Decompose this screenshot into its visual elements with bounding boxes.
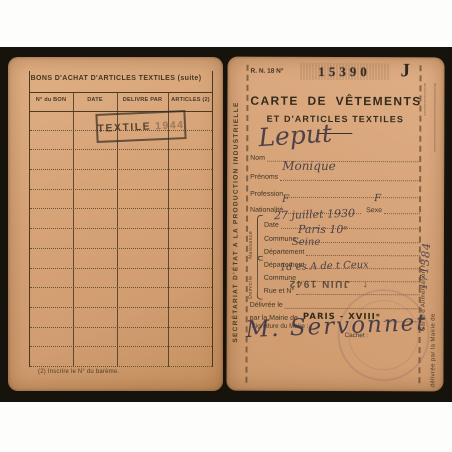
field-profession: Profession [250, 187, 420, 199]
group-label-naissance: Naissance [248, 217, 254, 259]
serial-number: 15390 [318, 63, 371, 79]
naissance-bracket [257, 215, 263, 261]
table-row [30, 150, 212, 170]
table-header-top-line [29, 92, 213, 93]
handwriting-departement: Seine [292, 237, 320, 248]
table-row [30, 170, 212, 190]
photo-backdrop: BONS D'ACHAT D'ARTICLES TEXTILES (suite)… [0, 47, 452, 402]
domicile-bracket [257, 256, 263, 300]
handwriting-date: 27 juillet 1930 [274, 207, 355, 223]
table-row [30, 308, 212, 328]
table-row [30, 209, 212, 229]
field-naissance-departement: Département [264, 245, 420, 257]
table-row [30, 190, 212, 210]
juin-1942-date-stamp: JUIN 1942 [280, 278, 358, 289]
serial-prefix: R. N. 18 N° [251, 68, 284, 75]
handwriting-commune: Paris 10ᵉ [298, 223, 348, 236]
left-page: BONS D'ACHAT D'ARTICLES TEXTILES (suite)… [8, 57, 223, 391]
card-title-line1: CARTE DE VÊTEMENTS [250, 94, 420, 109]
table-row [30, 269, 212, 289]
serial-number-box: 15390 [301, 63, 389, 80]
margin-leader-line [434, 83, 435, 151]
handwriting-prenoms: Monique [282, 159, 336, 173]
handwriting-sexe: F [374, 193, 381, 204]
table-row [30, 229, 212, 249]
table-border-right [212, 71, 213, 367]
textile-1944-stamp: TEXTILE 1944 [95, 110, 186, 143]
column-header-articles: ARTICLES (2) [168, 97, 213, 103]
down-arrow-icon: ↓ [363, 279, 368, 290]
table-row [30, 347, 212, 367]
handwriting-nom: Leput [257, 118, 332, 152]
table-row [30, 249, 212, 269]
fold-vertical-text: SECRÉTARIAT D'ÉTAT A LA PRODUCTION INDUS… [228, 57, 243, 387]
table-row [30, 328, 212, 348]
column-header-bon: N° du BON [29, 97, 73, 103]
table-footnote: (2) Inscrire le N° du barème. [38, 369, 119, 375]
table-row [30, 288, 212, 308]
table-body [30, 111, 212, 367]
column-header-date: DATE [73, 97, 117, 103]
textile-stamp-word: TEXTILE [97, 120, 151, 134]
card-form: R. N. 18 N° 15390 J CARTE DE VÊTEMENTS E… [249, 57, 420, 392]
margin-delivree-par: délivrée par la Mairie de [430, 153, 437, 387]
margin-leader-line [424, 83, 425, 115]
group-label-domicile: Domicile [248, 257, 254, 299]
handwriting-nationalite: F [282, 194, 289, 205]
margin-carte-alimentation: Carte d'Alimentation N° [421, 117, 428, 331]
textile-stamp-year: 1944 [155, 119, 185, 132]
category-letter: J [400, 60, 410, 82]
right-page: SECRÉTARIAT D'ÉTAT A LA PRODUCTION INDUS… [226, 57, 444, 392]
column-header-delivre: DÉLIVRÉ PAR [117, 97, 168, 103]
